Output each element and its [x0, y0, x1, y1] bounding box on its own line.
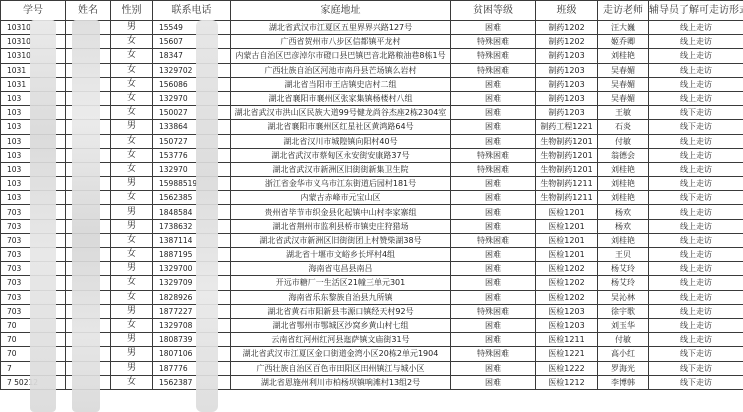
header-gender: 性别 — [111, 1, 153, 21]
address-cell: 内蒙古自治区巴彦淖尔市磴口县巴镇巴音北路粮油巷8栋1号 — [231, 49, 451, 63]
visit-form-cell: 线上走访 — [649, 333, 743, 347]
visit-form-cell: 线上走访 — [649, 219, 743, 233]
poverty-level-cell: 困难 — [451, 276, 536, 290]
table-row: 103女153776湖北省武汉市蔡甸区永安街安康路37号特殊困难生物制药1201… — [1, 148, 743, 162]
poverty-level-cell: 困难 — [451, 120, 536, 134]
address-cell: 湖北省十堰市文峪乡长坪村4组 — [231, 248, 451, 262]
teacher-cell: 汪大巍 — [598, 21, 649, 35]
privacy-mask-name — [72, 20, 100, 412]
teacher-cell: 付敏 — [598, 333, 649, 347]
poverty-level-cell: 困难 — [451, 248, 536, 262]
phone-cell: 15988519 — [153, 177, 231, 191]
student-visit-table: 学号 姓名 性别 联系电话 家庭地址 贫困等级 班级 走访老师 辅导员了解可走访… — [0, 0, 743, 390]
header-poverty-level: 贫困等级 — [451, 1, 536, 21]
teacher-cell: 翁德会 — [598, 148, 649, 162]
table-row: 10310男15549湖北省武汉市江夏区五里界界兴路127号困难制药1202汪大… — [1, 21, 743, 35]
poverty-level-cell: 特殊困难 — [451, 347, 536, 361]
poverty-level-cell: 特殊困难 — [451, 35, 536, 49]
visit-form-cell: 线上走访 — [649, 77, 743, 91]
gender-cell: 男 — [111, 120, 153, 134]
phone-cell: 1828926 — [153, 290, 231, 304]
visit-form-cell: 线上走访 — [649, 304, 743, 318]
table-row: 703男1329700海南省屯昌县南吕困难医检1202杨艾玲线上走访 — [1, 262, 743, 276]
gender-cell: 男 — [111, 205, 153, 219]
header-address: 家庭地址 — [231, 1, 451, 21]
class-cell: 医检1212 — [536, 375, 598, 389]
table-row: 703男1877227湖北省黄石市阳新县韦源口镇经天村92号特殊困难医检1203… — [1, 304, 743, 318]
table-row: 10310女18347内蒙古自治区巴彦淖尔市磴口县巴镇巴音北路粮油巷8栋1号特殊… — [1, 49, 743, 63]
teacher-cell: 吴春媚 — [598, 91, 649, 105]
teacher-cell: 吴春媚 — [598, 77, 649, 91]
teacher-cell: 石炎 — [598, 120, 649, 134]
table-row: 70女1329708湖北省鄂州市鄂城区沙窝乡黄山村七组困难医检1203刘玉华线上… — [1, 318, 743, 332]
address-cell: 湖北省黄石市阳新县韦源口镇经天村92号 — [231, 304, 451, 318]
class-cell: 医检1211 — [536, 333, 598, 347]
phone-cell: 1877227 — [153, 304, 231, 318]
phone-cell: 156086 — [153, 77, 231, 91]
address-cell: 湖北省襄阳市襄州区红星社区黄鸿路64号 — [231, 120, 451, 134]
phone-cell: 150727 — [153, 134, 231, 148]
header-phone: 联系电话 — [153, 1, 231, 21]
class-cell: 制药1203 — [536, 63, 598, 77]
address-cell: 湖北省武汉市新洲区旧街街新集卫生院 — [231, 162, 451, 176]
teacher-cell: 刘玉华 — [598, 318, 649, 332]
class-cell: 制药1202 — [536, 35, 598, 49]
address-cell: 海南省乐东黎族自治县九所镇 — [231, 290, 451, 304]
address-cell: 湖北省襄阳市襄州区张家集镇杨楼村八组 — [231, 91, 451, 105]
poverty-level-cell: 困难 — [451, 262, 536, 276]
teacher-cell: 杨艾玲 — [598, 262, 649, 276]
poverty-level-cell: 特殊困难 — [451, 162, 536, 176]
poverty-level-cell: 特殊困难 — [451, 233, 536, 247]
table-row: 70男1808739云南省红河州红河县迤萨镇文庙街31号困难医检1211付敏线上… — [1, 333, 743, 347]
visit-form-cell: 线上走访 — [649, 21, 743, 35]
gender-cell: 女 — [111, 134, 153, 148]
poverty-level-cell: 特殊困难 — [451, 304, 536, 318]
phone-cell: 1329702 — [153, 63, 231, 77]
teacher-cell: 杨艾玲 — [598, 276, 649, 290]
visit-form-cell: 线上走访 — [649, 148, 743, 162]
gender-cell: 男 — [111, 177, 153, 191]
class-cell: 医检1201 — [536, 233, 598, 247]
gender-cell: 男 — [111, 333, 153, 347]
address-cell: 广西壮族自治区河池市南丹县芒场镇么岩村 — [231, 63, 451, 77]
visit-form-cell: 线上走访 — [649, 318, 743, 332]
address-cell: 贵州省毕节市织金县化起镇中山村李家寨组 — [231, 205, 451, 219]
phone-cell: 132970 — [153, 91, 231, 105]
class-cell: 医检1221 — [536, 347, 598, 361]
gender-cell: 女 — [111, 91, 153, 105]
table-row: 703女1828926海南省乐东黎族自治县九所镇困难医检1202吴沁林线上走访 — [1, 290, 743, 304]
header-student-id: 学号 — [1, 1, 66, 21]
address-cell: 湖北省恩施州利川市柏杨坝镇响滩村13组2号 — [231, 375, 451, 389]
visit-form-cell: 线上走访 — [649, 276, 743, 290]
phone-cell: 150027 — [153, 106, 231, 120]
teacher-cell: 刘桂艳 — [598, 191, 649, 205]
class-cell: 医检1203 — [536, 304, 598, 318]
poverty-level-cell: 困难 — [451, 191, 536, 205]
gender-cell: 女 — [111, 191, 153, 205]
class-cell: 医检1202 — [536, 290, 598, 304]
gender-cell: 男 — [111, 219, 153, 233]
teacher-cell: 刘桂艳 — [598, 162, 649, 176]
poverty-level-cell: 困难 — [451, 290, 536, 304]
class-cell: 医检1201 — [536, 248, 598, 262]
visit-form-cell: 线上走访 — [649, 162, 743, 176]
class-cell: 生物制药1201 — [536, 148, 598, 162]
class-cell: 制药1203 — [536, 77, 598, 91]
table-body: 10310男15549湖北省武汉市江夏区五里界界兴路127号困难制药1202汪大… — [1, 21, 743, 390]
table-row: 7 50212女1562387湖北省恩施州利川市柏杨坝镇响滩村13组2号困难医检… — [1, 375, 743, 389]
class-cell: 生物制药1201 — [536, 162, 598, 176]
visit-form-cell: 线上走访 — [649, 177, 743, 191]
phone-cell: 132970 — [153, 162, 231, 176]
gender-cell: 男 — [111, 347, 153, 361]
poverty-level-cell: 困难 — [451, 219, 536, 233]
class-cell: 医检1202 — [536, 262, 598, 276]
teacher-cell: 李博韩 — [598, 375, 649, 389]
address-cell: 广西省贺州市八步区信都镇平龙村 — [231, 35, 451, 49]
gender-cell: 女 — [111, 276, 153, 290]
class-cell: 制药1203 — [536, 49, 598, 63]
phone-cell: 1329709 — [153, 276, 231, 290]
gender-cell: 男 — [111, 304, 153, 318]
address-cell: 湖北省武汉市江夏区五里界界兴路127号 — [231, 21, 451, 35]
class-cell: 生物制药1211 — [536, 177, 598, 191]
teacher-cell: 王贝 — [598, 248, 649, 262]
address-cell: 云南省红河州红河县迤萨镇文庙街31号 — [231, 333, 451, 347]
poverty-level-cell: 困难 — [451, 21, 536, 35]
visit-form-cell: 线上走访 — [649, 49, 743, 63]
visit-form-cell: 线下走访 — [649, 106, 743, 120]
table-row: 103女132970湖北省武汉市新洲区旧街街新集卫生院特殊困难生物制药1201刘… — [1, 162, 743, 176]
address-cell: 开远市糖厂一生活区21幢三单元301 — [231, 276, 451, 290]
phone-cell: 1738632 — [153, 219, 231, 233]
address-cell: 湖北省当阳市王店镇史店村二组 — [231, 77, 451, 91]
phone-cell: 1562385 — [153, 191, 231, 205]
phone-cell: 1329700 — [153, 262, 231, 276]
header-row: 学号 姓名 性别 联系电话 家庭地址 贫困等级 班级 走访老师 辅导员了解可走访… — [1, 1, 743, 21]
gender-cell: 女 — [111, 233, 153, 247]
address-cell: 湖北省武汉市江夏区金口街道金湾小区20栋2单元1904 — [231, 347, 451, 361]
class-cell: 医检1222 — [536, 361, 598, 375]
visit-form-cell: 线上走访 — [649, 205, 743, 219]
teacher-cell: 刘桂艳 — [598, 177, 649, 191]
table-row: 10310女15607广西省贺州市八步区信都镇平龙村特殊困难制药1202姬乔卿线… — [1, 35, 743, 49]
teacher-cell: 付敏 — [598, 134, 649, 148]
teacher-cell: 吴春媚 — [598, 63, 649, 77]
table-row: 703女1387114湖北省武汉市新洲区旧街街团上村赞柴湖38号特殊困难医检12… — [1, 233, 743, 247]
gender-cell: 女 — [111, 49, 153, 63]
poverty-level-cell: 困难 — [451, 177, 536, 191]
phone-cell: 1887195 — [153, 248, 231, 262]
header-class: 班级 — [536, 1, 598, 21]
gender-cell: 男 — [111, 21, 153, 35]
phone-cell: 153776 — [153, 148, 231, 162]
visit-form-cell: 线上走访 — [649, 248, 743, 262]
address-cell: 浙江省金华市义乌市江东街道后园村181号 — [231, 177, 451, 191]
class-cell: 生物制药1201 — [536, 134, 598, 148]
visit-form-cell: 线下走访 — [649, 191, 743, 205]
phone-cell: 18347 — [153, 49, 231, 63]
table-row: 70男1807106湖北省武汉市江夏区金口街道金湾小区20栋2单元1904特殊困… — [1, 347, 743, 361]
gender-cell: 女 — [111, 162, 153, 176]
teacher-cell: 刘桂艳 — [598, 233, 649, 247]
class-cell: 医检1201 — [536, 219, 598, 233]
poverty-level-cell: 困难 — [451, 361, 536, 375]
visit-form-cell: 线上走访 — [649, 134, 743, 148]
privacy-mask-phone — [196, 20, 218, 412]
class-cell: 生物制药1211 — [536, 191, 598, 205]
phone-cell: 133864 — [153, 120, 231, 134]
gender-cell: 男 — [111, 262, 153, 276]
poverty-level-cell: 困难 — [451, 134, 536, 148]
gender-cell: 女 — [111, 35, 153, 49]
visit-form-cell: 线上走访 — [649, 262, 743, 276]
phone-cell: 1562387 — [153, 375, 231, 389]
teacher-cell: 杨欢 — [598, 219, 649, 233]
visit-form-cell: 线下走访 — [649, 347, 743, 361]
phone-cell: 15607 — [153, 35, 231, 49]
address-cell: 湖北省汉川市城隍镇向阳村40号 — [231, 134, 451, 148]
teacher-cell: 姬乔卿 — [598, 35, 649, 49]
phone-cell: 1808739 — [153, 333, 231, 347]
address-cell: 湖北省武汉市蔡甸区永安街安康路37号 — [231, 148, 451, 162]
visit-form-cell: 线上走访 — [649, 290, 743, 304]
phone-cell: 187776 — [153, 361, 231, 375]
poverty-level-cell: 困难 — [451, 91, 536, 105]
gender-cell: 女 — [111, 318, 153, 332]
header-visit-form: 辅导员了解可走访形式 — [649, 1, 743, 21]
table-row: 703男1738632湖北省荆州市监利县桥市镇史庄狩猎场困难医检1201杨欢线上… — [1, 219, 743, 233]
address-cell: 湖北省武汉市洪山区民族大道99号健龙尚谷杰座2栋2304室 — [231, 106, 451, 120]
teacher-cell: 徐宇歌 — [598, 304, 649, 318]
phone-cell: 1329708 — [153, 318, 231, 332]
visit-form-cell: 线上走访 — [649, 233, 743, 247]
gender-cell: 女 — [111, 148, 153, 162]
class-cell: 医检1202 — [536, 276, 598, 290]
poverty-level-cell: 困难 — [451, 77, 536, 91]
address-cell: 内蒙古赤峰市元宝山区 — [231, 191, 451, 205]
phone-cell: 1387114 — [153, 233, 231, 247]
poverty-level-cell: 特殊困难 — [451, 148, 536, 162]
visit-form-cell: 线上走访 — [649, 35, 743, 49]
table-row: 1031女1329702广西壮族自治区河池市南丹县芒场镇么岩村特殊困难制药120… — [1, 63, 743, 77]
visit-form-cell: 线下走访 — [649, 361, 743, 375]
teacher-cell: 刘桂艳 — [598, 49, 649, 63]
address-cell: 湖北省荆州市监利县桥市镇史庄狩猎场 — [231, 219, 451, 233]
gender-cell: 女 — [111, 375, 153, 389]
phone-cell: 1848584 — [153, 205, 231, 219]
table-row: 103女150727湖北省汉川市城隍镇向阳村40号困难生物制药1201付敏线上走… — [1, 134, 743, 148]
visit-form-cell: 线下走访 — [649, 120, 743, 134]
header-name: 姓名 — [66, 1, 111, 21]
poverty-level-cell: 困难 — [451, 205, 536, 219]
class-cell: 医检1201 — [536, 205, 598, 219]
table-row: 703男1848584贵州省毕节市织金县化起镇中山村李家寨组困难医检1201杨欢… — [1, 205, 743, 219]
table-row: 103女132970湖北省襄阳市襄州区张家集镇杨楼村八组困难制药1203吴春媚线… — [1, 91, 743, 105]
poverty-level-cell: 特殊困难 — [451, 63, 536, 77]
poverty-level-cell: 困难 — [451, 106, 536, 120]
gender-cell: 女 — [111, 248, 153, 262]
teacher-cell: 高小红 — [598, 347, 649, 361]
phone-cell: 15549 — [153, 21, 231, 35]
table-row: 703女1887195湖北省十堰市文峪乡长坪村4组困难医检1201王贝线上走访 — [1, 248, 743, 262]
poverty-level-cell: 特殊困难 — [451, 49, 536, 63]
teacher-cell: 王敏 — [598, 106, 649, 120]
address-cell: 海南省屯昌县南吕 — [231, 262, 451, 276]
phone-cell: 1807106 — [153, 347, 231, 361]
teacher-cell: 杨欢 — [598, 205, 649, 219]
class-cell: 医检1203 — [536, 318, 598, 332]
table-row: 7男187776广西壮族自治区百色市田阳区田州镇江与城小区困难医检1222罗海光… — [1, 361, 743, 375]
address-cell: 广西壮族自治区百色市田阳区田州镇江与城小区 — [231, 361, 451, 375]
header-teacher: 走访老师 — [598, 1, 649, 21]
gender-cell: 女 — [111, 63, 153, 77]
poverty-level-cell: 困难 — [451, 333, 536, 347]
visit-form-cell: 线下走访 — [649, 375, 743, 389]
poverty-level-cell: 困难 — [451, 375, 536, 389]
table-row: 103男133864湖北省襄阳市襄州区红星社区黄鸿路64号困难制药工程1221石… — [1, 120, 743, 134]
address-cell: 湖北省鄂州市鄂城区沙窝乡黄山村七组 — [231, 318, 451, 332]
poverty-level-cell: 困难 — [451, 318, 536, 332]
privacy-mask-id — [30, 20, 56, 412]
gender-cell: 男 — [111, 361, 153, 375]
teacher-cell: 吴沁林 — [598, 290, 649, 304]
table-row: 103女1562385内蒙古赤峰市元宝山区困难生物制药1211刘桂艳线下走访 — [1, 191, 743, 205]
class-cell: 制药工程1221 — [536, 120, 598, 134]
visit-form-cell: 线上走访 — [649, 63, 743, 77]
class-cell: 制药1203 — [536, 106, 598, 120]
gender-cell: 女 — [111, 77, 153, 91]
table-row: 703女1329709开远市糖厂一生活区21幢三单元301困难医检1202杨艾玲… — [1, 276, 743, 290]
table-row: 103女150027湖北省武汉市洪山区民族大道99号健龙尚谷杰座2栋2304室困… — [1, 106, 743, 120]
address-cell: 湖北省武汉市新洲区旧街街团上村赞柴湖38号 — [231, 233, 451, 247]
gender-cell: 女 — [111, 290, 153, 304]
table-row: 1031女156086湖北省当阳市王店镇史店村二组困难制药1203吴春媚线上走访 — [1, 77, 743, 91]
visit-form-cell: 线上走访 — [649, 91, 743, 105]
class-cell: 制药1203 — [536, 91, 598, 105]
gender-cell: 女 — [111, 106, 153, 120]
table-row: 103男15988519浙江省金华市义乌市江东街道后园村181号困难生物制药12… — [1, 177, 743, 191]
teacher-cell: 罗海光 — [598, 361, 649, 375]
class-cell: 制药1202 — [536, 21, 598, 35]
